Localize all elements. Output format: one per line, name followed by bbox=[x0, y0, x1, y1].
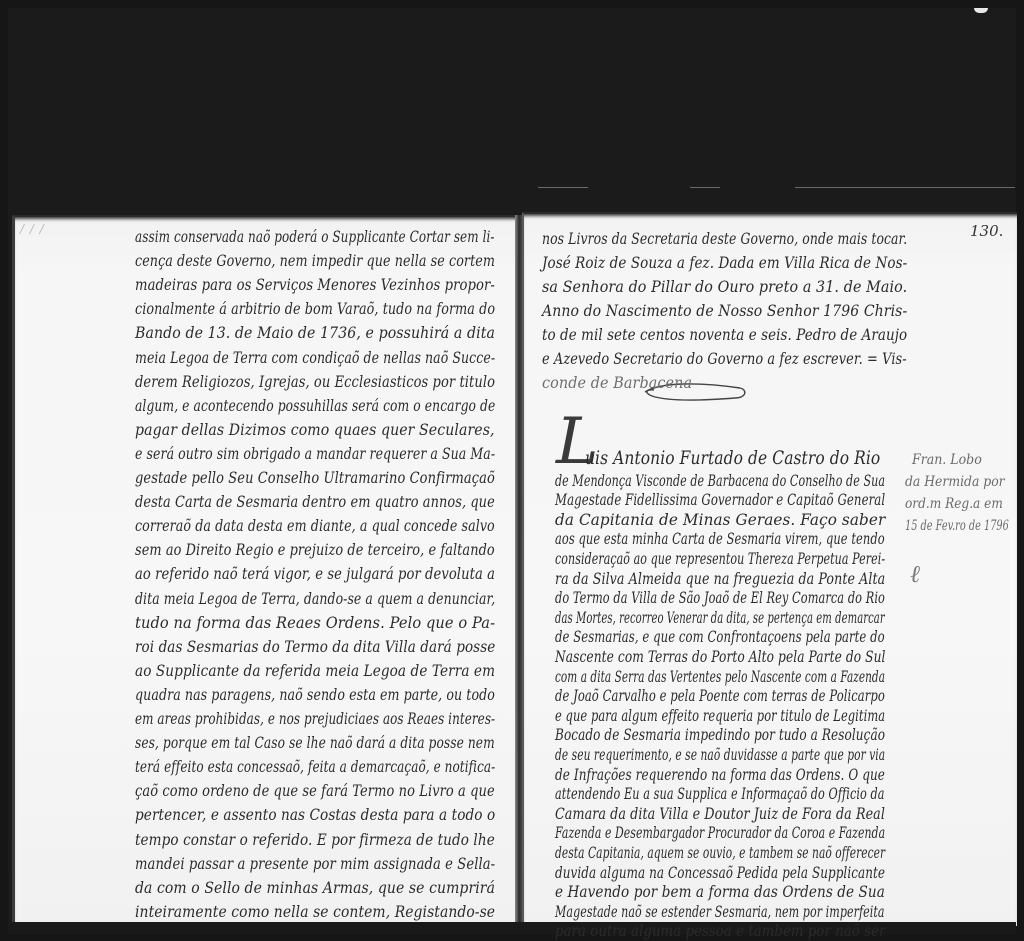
manuscript-line: nos Livros da Secretaria deste Governo, … bbox=[542, 230, 907, 248]
manuscript-line: ses, porque em tal Caso se lhe naõ dará … bbox=[135, 734, 495, 752]
manuscript-line: tempo constar o referido. E por firmeza … bbox=[135, 831, 495, 849]
manuscript-line: Bocado de Sesmaria impedindo por tudo a … bbox=[555, 726, 885, 744]
manuscript-line: de Sesmarias, e que com Confrontaçoens p… bbox=[555, 628, 885, 646]
manuscript-line: çaõ como ordeno de que se fará Termo no … bbox=[135, 782, 495, 800]
manuscript-line: com a dita Serra das Vertentes pelo Nasc… bbox=[555, 668, 885, 686]
manuscript-line: aos que esta minha Carta de Sesmaria vir… bbox=[555, 530, 885, 548]
manuscript-line: duvida alguma na Concessaõ Pedida pela S… bbox=[555, 864, 885, 882]
margin-note-line: ord.m Reg.a em bbox=[905, 496, 1003, 512]
folio-number: 130. bbox=[970, 222, 1003, 240]
manuscript-line: dita meia Legoa de Terra, dando-se a que… bbox=[135, 590, 495, 608]
manuscript-line: pertencer, e assento nas Costas desta pa… bbox=[135, 806, 495, 824]
manuscript-line: inteiramente como nella se contem, Regis… bbox=[135, 903, 495, 921]
manuscript-line: de seu requerimento, e se naõ duvidasse … bbox=[555, 746, 885, 764]
margin-note-line: 15 de Fev.ro de 1796 bbox=[905, 518, 1009, 534]
manuscript-line: Bando de 13. de Maio de 1736, e possuhir… bbox=[135, 324, 495, 342]
scan-artifact-line bbox=[538, 187, 588, 188]
manuscript-line: cença deste Governo, nem impedir que nel… bbox=[135, 252, 495, 270]
manuscript-line: correraõ da data desta em diante, a qual… bbox=[135, 517, 495, 535]
scan-artifact-line bbox=[690, 187, 720, 188]
margin-flourish: ℓ bbox=[910, 560, 920, 589]
manuscript-line: e Havendo por bem a forma das Ordens de … bbox=[555, 883, 885, 901]
manuscript-line: algum, e acontecendo possuhillas será co… bbox=[135, 397, 495, 415]
manuscript-line: José Roiz de Souza a fez. Dada em Villa … bbox=[542, 254, 907, 272]
manuscript-line: ra da Silva Almeida que na freguezia da … bbox=[555, 570, 885, 588]
manuscript-line: para outra alguma pessoa e tambem por na… bbox=[555, 922, 885, 940]
ghost-mark: / / / bbox=[20, 222, 45, 236]
manuscript-line: do Termo da Villa de São Joaõ de El Rey … bbox=[555, 589, 885, 607]
manuscript-line: roi das Sesmarias do Termo da dita Villa… bbox=[135, 638, 495, 656]
manuscript-line: madeiras para os Serviços Menores Vezinh… bbox=[135, 276, 495, 294]
manuscript-line: da com o Sello de minhas Armas, que se c… bbox=[135, 879, 495, 897]
manuscript-line: consideraçaõ ao que representou Thereza … bbox=[555, 550, 885, 568]
manuscript-line: mandei passar a presente por mim assigna… bbox=[135, 855, 495, 873]
manuscript-line: e que para algum effeito requeria por ti… bbox=[555, 707, 885, 725]
manuscript-line: ao referido naõ terá vigor, e se julgará… bbox=[135, 565, 495, 583]
manuscript-line: Fazenda e Desembargador Procurador da Co… bbox=[555, 824, 885, 842]
manuscript-line: meia Legoa de Terra com condiçaõ de nell… bbox=[135, 349, 495, 367]
manuscript-line: assim conservada naõ poderá o Supplicant… bbox=[135, 228, 495, 246]
manuscript-line: de Joaõ Carvalho e pela Poente com terra… bbox=[555, 687, 885, 705]
manuscript-line: attendendo Eu a sua Supplica e Informaça… bbox=[555, 785, 885, 803]
manuscript-line: e será outro sim obrigado a mandar reque… bbox=[135, 445, 495, 463]
manuscript-line: to de mil sete centos noventa e seis. Pe… bbox=[542, 326, 907, 344]
manuscript-line: de Infrações requerendo na forma das Ord… bbox=[555, 766, 885, 784]
manuscript-line: Magestade naõ se estender Sesmaria, nem … bbox=[555, 903, 885, 921]
manuscript-line: quadra nas paragens, naõ sendo esta em p… bbox=[135, 686, 495, 704]
margin-note-line: da Hermida por bbox=[905, 474, 1005, 490]
manuscript-line: Anno do Nascimento de Nosso Senhor 1796 … bbox=[542, 302, 907, 320]
manuscript-line: de Mendonça Visconde de Barbacena do Con… bbox=[555, 472, 885, 490]
manuscript-line: derem Religiozos, Igrejas, ou Ecclesiast… bbox=[135, 373, 495, 391]
manuscript-line: gestade pello Seu Conselho Ultramarino C… bbox=[135, 469, 495, 487]
manuscript-line: terá effeito esta concessaõ, feita a dem… bbox=[135, 758, 495, 776]
manuscript-line: conde de Barbacena bbox=[542, 374, 692, 392]
manuscript-line: desta Capitania, aquem se ouvio, e tambe… bbox=[555, 844, 885, 862]
manuscript-line: uis Antonio Furtado de Castro do Rio bbox=[585, 447, 880, 469]
manuscript-line: sem ao Direito Regio e prejuizo de terce… bbox=[135, 541, 495, 559]
manuscript-line: das Mortes, recorreo Venerar da dita, se… bbox=[555, 609, 885, 627]
manuscript-line: Nascente com Terras do Porto Alto pela P… bbox=[555, 648, 886, 666]
manuscript-line: e Azevedo Secretario do Governo a fez es… bbox=[542, 350, 907, 368]
manuscript-line: desta Carta de Sesmaria dentro em quatro… bbox=[135, 493, 495, 511]
manuscript-line: Magestade Fidellissima Governador e Capi… bbox=[555, 491, 885, 509]
manuscript-line: sa Senhora do Pillar do Ouro preto a 31.… bbox=[542, 278, 907, 296]
manuscript-line: pagar dellas Dizimos como quaes quer Sec… bbox=[135, 421, 495, 439]
manuscript-line: tudo na forma das Reaes Ordens. Pelo que… bbox=[135, 614, 495, 632]
margin-note-line: Fran. Lobo bbox=[912, 452, 982, 468]
scan-artifact-line bbox=[795, 187, 1015, 188]
manuscript-line: Camara da dita Villa e Doutor Juiz de Fo… bbox=[555, 805, 885, 823]
manuscript-line: cionalmente á arbitrio de bom Varaõ, tud… bbox=[135, 300, 495, 318]
manuscript-line: em areas prohibidas, e nos prejudiciaes … bbox=[135, 710, 495, 728]
manuscript-line: ao Supplicante da referida meia Legoa de… bbox=[135, 662, 495, 680]
manuscript-line: da Capitania de Minas Geraes. Faço saber bbox=[555, 511, 885, 529]
